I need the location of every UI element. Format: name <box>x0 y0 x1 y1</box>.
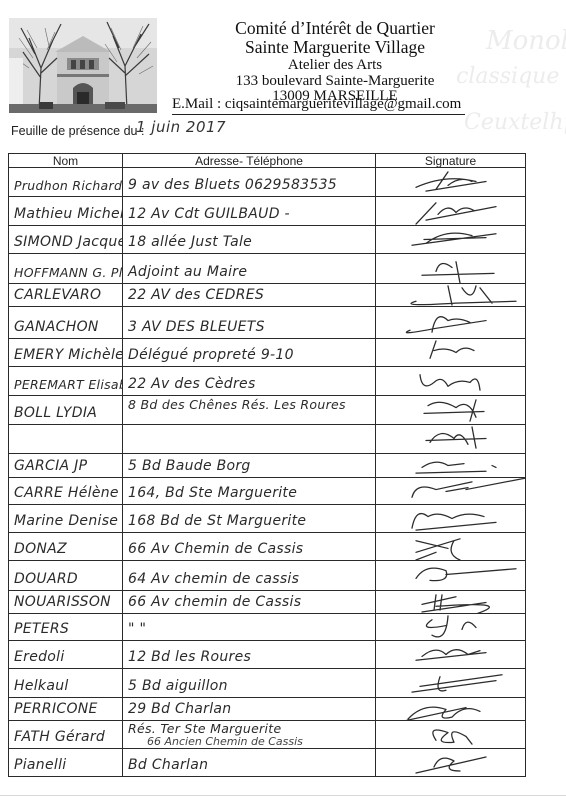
name-cell: NOUARISSON <box>9 591 122 613</box>
attendee-address: " " <box>123 621 146 637</box>
table-row: HOFFMANN G. Plat.Adjoint au Maire <box>9 254 525 284</box>
address-cell: 12 Av Cdt GUILBAUD - <box>122 197 375 225</box>
signature-cell <box>375 749 525 776</box>
attendee-address: 9 av des Bluets 0629583535 <box>123 177 337 193</box>
name-cell: PETERS <box>9 614 122 640</box>
column-header-adresse: Adresse- Téléphone <box>122 154 375 167</box>
sheet-date: 1 juin 2017 <box>136 118 226 136</box>
signature-cell <box>375 561 525 590</box>
signature-cell <box>375 226 525 253</box>
attendee-name: PEREMART Elisabeth <box>9 377 122 392</box>
address-cell: 12 Bd les Roures <box>122 641 375 668</box>
attendee-name: EMERY Michèle <box>9 347 122 363</box>
attendee-name: Marine Denise <box>9 513 118 529</box>
handwritten-signature-icon <box>376 505 525 532</box>
attendee-address: 66 Av Chemin de Cassis <box>123 541 303 557</box>
church-photo <box>9 18 157 113</box>
attendee-name: GARCIA JP <box>9 458 87 474</box>
attendee-name: Helkaul <box>9 678 69 694</box>
handwritten-signature-icon <box>376 698 525 720</box>
bleed-through-text: Ceuxtelhpo <box>464 110 566 135</box>
attendee-name: BOLL LYDIA <box>9 405 97 421</box>
organization-header: Comité d’Intérêt de Quartier Sainte Marg… <box>160 20 510 105</box>
handwritten-signature-icon <box>376 284 525 306</box>
table-row: DOUARD64 Av chemin de cassis <box>9 561 525 591</box>
handwritten-signature-icon <box>376 669 525 697</box>
name-cell: Eredoli <box>9 641 122 668</box>
signature-cell <box>375 367 525 395</box>
address-cell: " " <box>122 614 375 640</box>
address-cell: 22 Av des Cèdres <box>122 367 375 395</box>
attendee-address-line2: 66 Ancien Chemin de Cassis <box>147 735 303 748</box>
attendee-address: Rés. Ter Ste Marguerite <box>123 721 281 736</box>
signature-cell <box>375 505 525 532</box>
address-cell: 3 AV DES BLEUETS <box>122 307 375 338</box>
name-cell: Helkaul <box>9 669 122 697</box>
address-cell: 5 Bd Baude Borg <box>122 454 375 477</box>
name-cell: CARLEVARO <box>9 284 122 306</box>
handwritten-signature-icon <box>376 425 525 453</box>
attendee-name: Eredoli <box>9 649 65 665</box>
name-cell: EMERY Michèle <box>9 339 122 366</box>
signature-cell <box>375 168 525 196</box>
handwritten-signature-icon <box>376 614 525 640</box>
table-row: Prudhon Richard9 av des Bluets 062958353… <box>9 168 525 197</box>
attendee-name: DONAZ <box>9 541 67 557</box>
table-row: Helkaul5 Bd aiguillon <box>9 669 525 698</box>
signature-cell <box>375 614 525 640</box>
address-cell: 168 Bd de St Marguerite <box>122 505 375 532</box>
signature-cell <box>375 197 525 225</box>
handwritten-signature-icon <box>376 168 525 196</box>
table-row: CARRE Hélène164, Bd Ste Marguerite <box>9 478 525 505</box>
attendee-name: PERRICONE <box>9 701 98 717</box>
org-venue: Atelier des Arts <box>160 58 510 74</box>
handwritten-signature-icon <box>376 749 525 776</box>
name-cell: PEREMART Elisabeth <box>9 367 122 395</box>
name-cell: GANACHON <box>9 307 122 338</box>
attendee-address-line2: BT4 <box>273 423 294 424</box>
name-cell: FATH Gérard <box>9 721 122 748</box>
handwritten-signature-icon <box>376 561 525 590</box>
signature-cell <box>375 396 525 424</box>
address-cell: 29 Bd Charlan <box>122 698 375 720</box>
address-cell: 18 allée Just Tale <box>122 226 375 253</box>
table-row: GANACHON3 AV DES BLEUETS <box>9 307 525 339</box>
signature-cell <box>375 478 525 504</box>
table-row: PianelliBd Charlan <box>9 749 525 776</box>
signature-cell <box>375 698 525 720</box>
name-cell: DONAZ <box>9 533 122 560</box>
name-cell: GARCIA JP <box>9 454 122 477</box>
attendee-name: Pianelli <box>9 757 66 773</box>
attendee-address: 22 Av des Cèdres <box>123 376 256 392</box>
attendee-name: GANACHON <box>9 319 99 335</box>
attendee-address: 164, Bd Ste Marguerite <box>123 485 297 501</box>
address-cell: 66 Av Chemin de Cassis <box>122 533 375 560</box>
handwritten-signature-icon <box>376 591 525 613</box>
attendee-address: Délégué propreté 9-10 <box>123 347 294 363</box>
address-cell: 66 Av chemin de Cassis <box>122 591 375 613</box>
table-row: FATH GérardRés. Ter Ste Marguerite66 Anc… <box>9 721 525 749</box>
handwritten-signature-icon <box>376 721 525 748</box>
attendee-name: Mathieu Michel <box>9 206 122 222</box>
handwritten-signature-icon <box>376 641 525 668</box>
attendee-address: 64 Av chemin de cassis <box>123 571 299 587</box>
address-cell: 8 Bd des Chênes Rés. Les RouresBT4 <box>122 396 375 424</box>
attendee-name: DOUARD <box>9 571 78 587</box>
page-edge <box>0 795 566 796</box>
attendee-name: Prudhon Richard <box>9 178 122 193</box>
column-header-nom: Nom <box>9 154 122 167</box>
attendee-address: 18 allée Just Tale <box>123 234 252 250</box>
signature-cell <box>375 721 525 748</box>
attendee-address: 22 AV des CEDRES <box>123 287 264 303</box>
attendee-address: 3 AV DES BLEUETS <box>123 319 265 335</box>
attendee-name: HOFFMANN G. Plat. <box>9 265 122 280</box>
signature-cell <box>375 454 525 477</box>
attendee-address: 12 Av Cdt GUILBAUD - <box>123 206 290 222</box>
table-row: CARLEVARO22 AV des CEDRES <box>9 284 525 307</box>
address-cell: Adjoint au Maire <box>122 254 375 283</box>
signature-cell <box>375 669 525 697</box>
attendee-address: 5 Bd Baude Borg <box>123 458 251 474</box>
table-row: PEREMART Elisabeth22 Av des Cèdres <box>9 367 525 396</box>
name-cell: BOLL LYDIA <box>9 396 122 424</box>
handwritten-signature-icon <box>376 367 525 395</box>
sheet-label: Feuille de présence du : <box>11 124 144 138</box>
name-cell: PERRICONE <box>9 698 122 720</box>
attendance-table: Nom Adresse- Téléphone Signature Prudhon… <box>8 153 526 777</box>
org-email[interactable]: E.Mail : ciqsaintemarguerite­village@gma… <box>172 96 465 115</box>
handwritten-signature-icon <box>376 396 525 424</box>
address-cell: 5 Bd aiguillon <box>122 669 375 697</box>
attendee-address: 29 Bd Charlan <box>123 701 231 717</box>
attendee-name: SIMOND Jacques <box>9 234 122 250</box>
name-cell <box>9 425 122 453</box>
name-cell: CARRE Hélène <box>9 478 122 504</box>
attendee-name: FATH Gérard <box>9 729 105 745</box>
signature-cell <box>375 641 525 668</box>
name-cell: SIMOND Jacques <box>9 226 122 253</box>
table-header: Nom Adresse- Téléphone Signature <box>9 154 525 168</box>
signature-cell <box>375 591 525 613</box>
handwritten-signature-icon <box>376 454 525 477</box>
handwritten-signature-icon <box>376 478 525 504</box>
signature-cell <box>375 533 525 560</box>
table-row: GARCIA JP5 Bd Baude Borg <box>9 454 525 478</box>
attendee-name: NOUARISSON <box>9 594 111 610</box>
signature-cell <box>375 284 525 306</box>
attendee-address: 8 Bd des Chênes Rés. Les Roures <box>123 397 346 412</box>
address-cell: Délégué propreté 9-10 <box>122 339 375 366</box>
org-street: 133 boulevard Sainte-Marguerite <box>160 74 510 90</box>
column-header-signature: Signature <box>375 154 525 167</box>
table-row: Mathieu Michel12 Av Cdt GUILBAUD - <box>9 197 525 226</box>
attendee-name: CARRE Hélène <box>9 485 119 501</box>
address-cell <box>122 425 375 453</box>
name-cell: Prudhon Richard <box>9 168 122 196</box>
table-row: Marine Denise168 Bd de St Marguerite <box>9 505 525 533</box>
address-cell: 22 AV des CEDRES <box>122 284 375 306</box>
table-row <box>9 425 525 454</box>
attendee-name: CARLEVARO <box>9 287 101 303</box>
table-row: NOUARISSON66 Av chemin de Cassis <box>9 591 525 614</box>
handwritten-signature-icon <box>376 197 525 225</box>
attendee-address: Adjoint au Maire <box>123 264 247 280</box>
signature-cell <box>375 307 525 338</box>
attendee-address: 5 Bd aiguillon <box>123 678 228 694</box>
signature-cell <box>375 339 525 366</box>
attendee-address: 168 Bd de St Marguerite <box>123 513 306 529</box>
handwritten-signature-icon <box>376 307 525 338</box>
signature-cell <box>375 254 525 283</box>
address-cell: 64 Av chemin de cassis <box>122 561 375 590</box>
table-row: DONAZ66 Av Chemin de Cassis <box>9 533 525 561</box>
name-cell: HOFFMANN G. Plat. <box>9 254 122 283</box>
attendee-address: 66 Av chemin de Cassis <box>123 594 301 610</box>
handwritten-signature-icon <box>376 339 525 366</box>
handwritten-signature-icon <box>376 533 525 560</box>
handwritten-signature-icon <box>376 226 525 253</box>
table-row: PERRICONE29 Bd Charlan <box>9 698 525 721</box>
handwritten-signature-icon <box>376 254 525 283</box>
table-row: EMERY MichèleDélégué propreté 9-10 <box>9 339 525 367</box>
table-row: Eredoli12 Bd les Roures <box>9 641 525 669</box>
table-row: BOLL LYDIA8 Bd des Chênes Rés. Les Roure… <box>9 396 525 425</box>
name-cell: Mathieu Michel <box>9 197 122 225</box>
address-cell: Rés. Ter Ste Marguerite66 Ancien Chemin … <box>122 721 375 748</box>
name-cell: DOUARD <box>9 561 122 590</box>
name-cell: Pianelli <box>9 749 122 776</box>
attendee-address: 12 Bd les Roures <box>123 649 251 665</box>
signature-cell <box>375 425 525 453</box>
attendee-name: PETERS <box>9 621 69 637</box>
table-row: PETERS" " <box>9 614 525 641</box>
org-subname: Sainte Marguerite Village <box>160 39 510 58</box>
address-cell: 9 av des Bluets 0629583535 <box>122 168 375 196</box>
table-row: SIMOND Jacques18 allée Just Tale <box>9 226 525 254</box>
attendee-address: Bd Charlan <box>123 757 208 773</box>
name-cell: Marine Denise <box>9 505 122 532</box>
address-cell: Bd Charlan <box>122 749 375 776</box>
address-cell: 164, Bd Ste Marguerite <box>122 478 375 504</box>
